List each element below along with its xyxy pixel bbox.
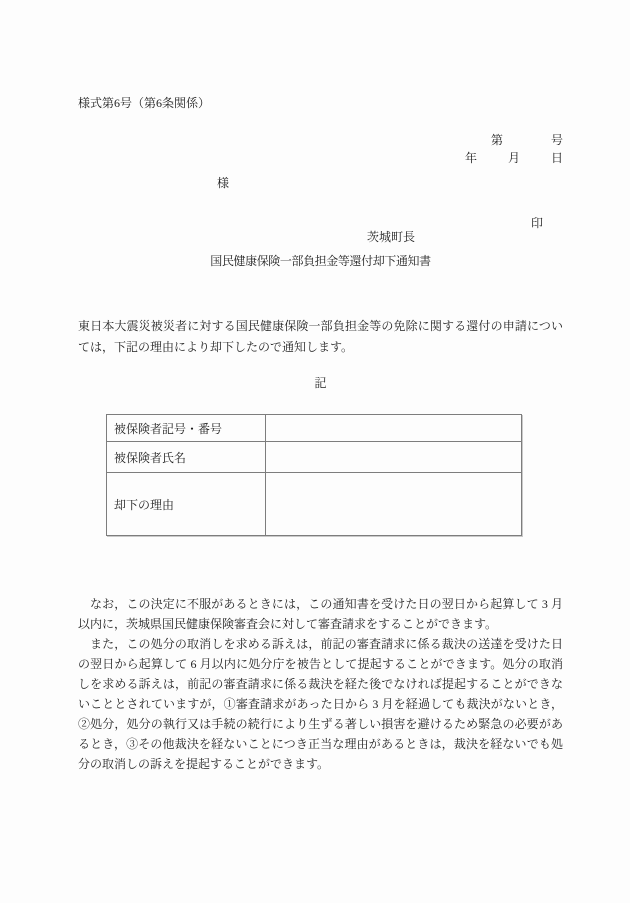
body-paragraph: 東日本大震災被災者に対する国民健康保険一部負担金等の免除に関する還付の申請につい… — [78, 316, 563, 358]
appeal-notes: なお，この決定に不服があるときには，この通知書を受けた日の翌日から起算して 3 … — [78, 594, 563, 774]
addressee-honorific: 様 — [217, 176, 417, 190]
record-marker: 記 — [78, 376, 563, 390]
rejection-reason-label: 却下の理由 — [107, 473, 266, 536]
appeal-note-review-request: なお，この決定に不服があるときには，この通知書を受けた日の翌日から起算して 3 … — [78, 594, 563, 634]
insured-number-label: 被保険者記号・番号 — [107, 415, 266, 442]
rejection-detail-table: 被保険者記号・番号 被保険者氏名 却下の理由 — [106, 414, 522, 536]
appeal-note-lawsuit: また，この処分の取消しを求める訴えは，前記の審査請求に係る裁決の送達を受けた日の… — [78, 634, 563, 774]
issuer-title: 茨城町長 — [367, 230, 415, 244]
month-label: 月 — [508, 151, 520, 165]
day-label: 日 — [551, 151, 563, 165]
table-row-insured-name: 被保険者氏名 — [107, 442, 522, 473]
document-page: 様式第6号（第6条関係） 第号 年月日 様 茨城町長 印 国民健康保険一部負担金… — [0, 0, 630, 903]
insured-name-label: 被保険者氏名 — [107, 442, 266, 473]
seal-mark: 印 — [531, 216, 543, 230]
form-number-label: 様式第6号（第6条関係） — [78, 96, 563, 110]
table-row-insured-number: 被保険者記号・番号 — [107, 415, 522, 442]
year-label: 年 — [465, 151, 477, 165]
insured-number-value — [265, 415, 521, 442]
date-line: 年月日 — [78, 137, 563, 179]
document-title: 国民健康保険一部負担金等還付却下通知書 — [78, 254, 563, 268]
rejection-reason-value — [265, 473, 521, 536]
insured-name-value — [265, 442, 521, 473]
table-row-rejection-reason: 却下の理由 — [107, 473, 522, 536]
